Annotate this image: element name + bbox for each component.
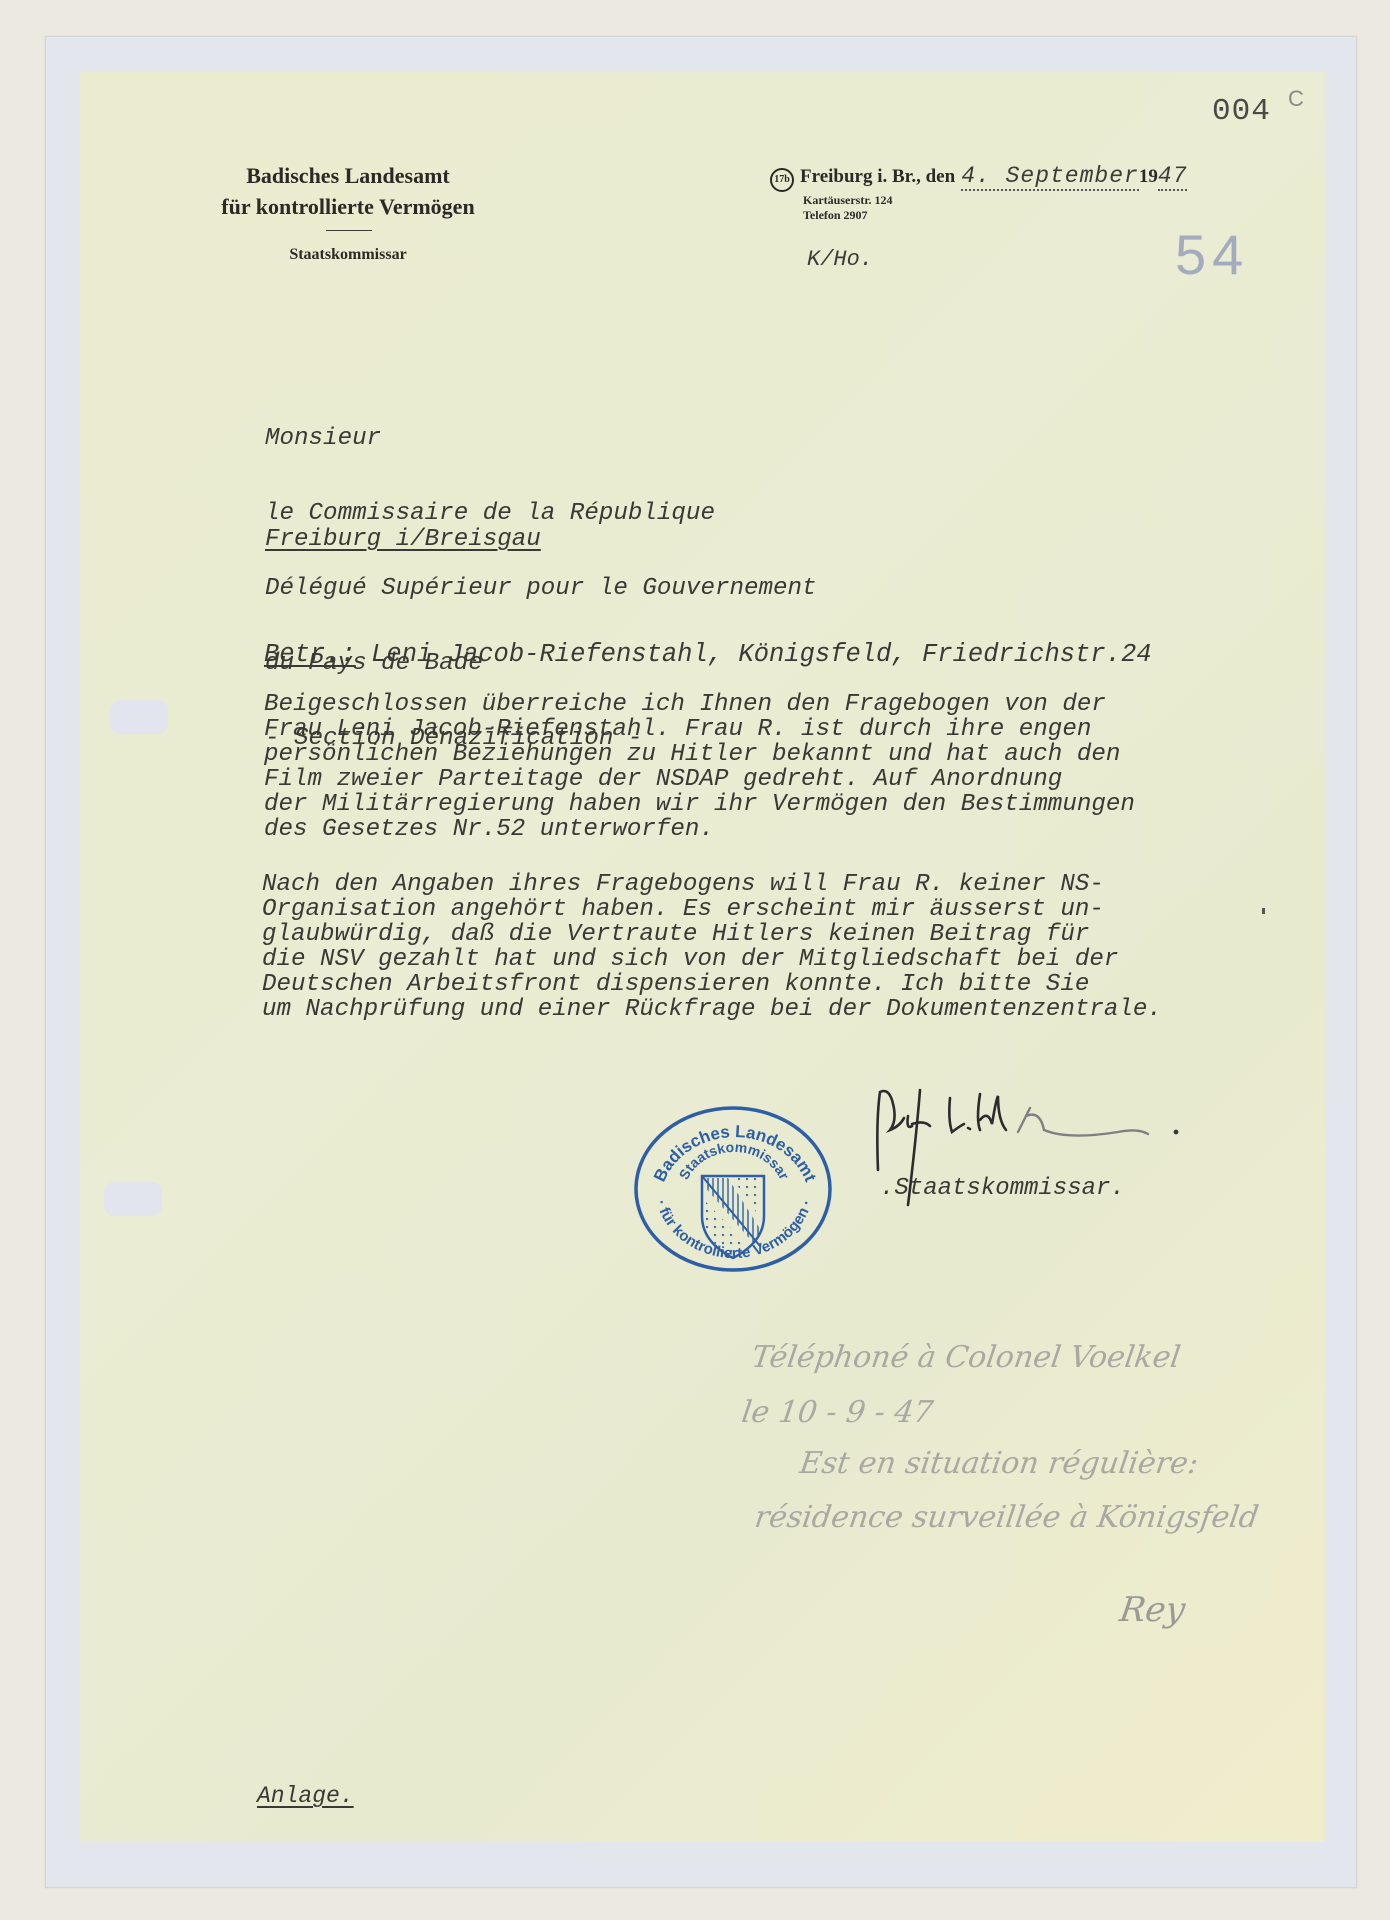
recipient-line: Monsieur xyxy=(265,426,817,451)
street-address: Kartäuserstr. 124 xyxy=(803,193,893,208)
enclosure-note: Anlage. xyxy=(257,1784,354,1809)
organization-line-2: für kontrollierte Vermögen xyxy=(188,191,508,222)
date-day-month: 4. September xyxy=(961,163,1139,189)
recipient-line: Délégué Supérieur pour le Gouvernement xyxy=(265,576,817,601)
body-paragraph-2: Nach den Angaben ihres Fragebogens will … xyxy=(262,872,1162,1022)
year-prefix: 19 xyxy=(1139,166,1158,188)
pencil-note-line: Est en situation régulière: xyxy=(798,1446,1201,1481)
archive-number: 004 xyxy=(1212,94,1271,129)
subject-text: Leni Jacob-Riefenstahl, Königsfeld, Frie… xyxy=(356,640,1152,669)
pencil-note-line: Téléphoné à Colonel Voelkel xyxy=(750,1340,1183,1375)
phone-number: Telefon 2907 xyxy=(803,208,893,223)
pencil-initials: Rey xyxy=(1117,1590,1188,1630)
date-field: 4. September xyxy=(961,163,1139,191)
folio-number: 54 xyxy=(1175,222,1249,287)
letterhead-divider xyxy=(326,230,372,231)
punch-hole-bottom xyxy=(104,1182,162,1216)
signatory-title: .Staatskommissar. xyxy=(880,1176,1125,1201)
organization-line-1: Badisches Landesamt xyxy=(188,160,508,191)
place-date-line: 17b Freiburg i. Br., den 4. September 19… xyxy=(770,163,1187,192)
letterhead-organization: Badisches Landesamt für kontrollierte Ve… xyxy=(188,160,508,222)
postal-district-badge-icon: 17b xyxy=(770,168,794,192)
pencil-note-line: résidence surveillée à Königsfeld xyxy=(753,1500,1261,1535)
recipient-city: Freiburg i/Breisgau xyxy=(265,527,541,552)
recipient-line: le Commissaire de la République xyxy=(265,501,817,526)
letterhead-address: Kartäuserstr. 124 Telefon 2907 xyxy=(803,193,893,223)
subject-line: Betr.: Leni Jacob-Riefenstahl, Königsfel… xyxy=(264,642,1152,667)
pencil-note-line: le 10 - 9 - 47 xyxy=(740,1395,936,1430)
letterhead-department: Staatskommissar xyxy=(188,246,508,264)
official-seal-stamp-icon: Badisches Landesamt Staatskommissar · fü… xyxy=(632,1104,834,1274)
year-suffix: 47 xyxy=(1158,163,1188,189)
reference-code: K/Ho. xyxy=(807,247,873,272)
archive-suffix: C xyxy=(1288,86,1304,112)
subject-label: Betr.: xyxy=(264,640,356,669)
stray-mark xyxy=(1262,908,1265,914)
punch-hole-top xyxy=(110,700,168,734)
body-paragraph-1: Beigeschlossen überreiche ich Ihnen den … xyxy=(264,692,1135,842)
place-prefix: Freiburg i. Br., den xyxy=(800,166,955,188)
year-field: 47 xyxy=(1158,163,1188,191)
